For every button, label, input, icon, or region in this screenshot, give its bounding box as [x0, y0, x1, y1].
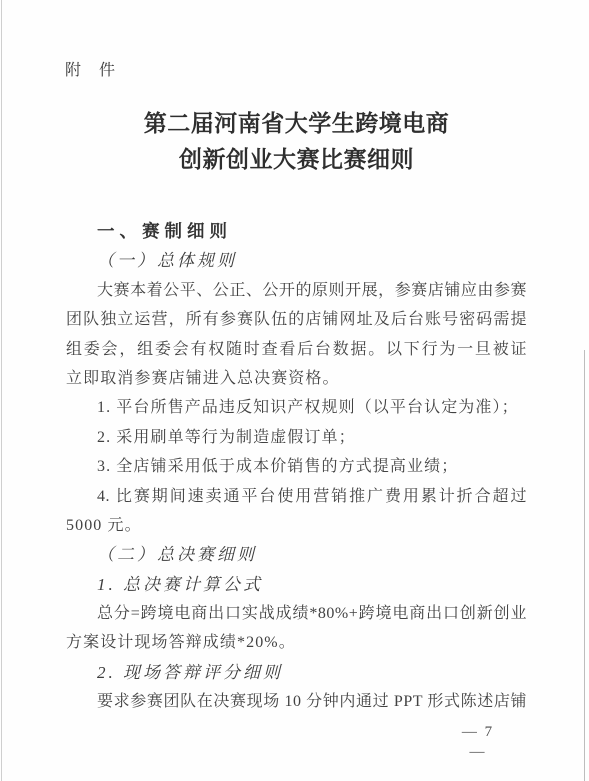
scan-edge-right — [584, 350, 585, 781]
paragraph-line: 要求参赛团队在决赛现场 10 分钟内通过 PPT 形式陈述店铺 — [66, 687, 527, 716]
subheading-finals-formula: 1. 总决赛计算公式 — [66, 570, 527, 599]
paragraph-line: 立即取消参赛店铺进入总决赛资格。 — [66, 364, 527, 393]
list-item-3: 3. 全店铺采用低于成本价销售的方式提高业绩； — [66, 452, 527, 481]
list-item-4-continuation: 5000 元。 — [66, 511, 527, 540]
section-heading-rules: 一、赛制细则 — [66, 217, 527, 246]
document-body: 一、赛制细则 （一）总体规则 大赛本着公平、公正、公开的原则开展，参赛店铺应由参… — [66, 217, 527, 717]
scan-edge-left — [1, 0, 2, 781]
formula-line-continuation: 方案设计现场答辩成绩*20%。 — [66, 628, 527, 657]
page-number: — 7 — — [452, 722, 504, 762]
subsection-general-rules: （一）总体规则 — [66, 246, 527, 275]
paragraph-line: 大赛本着公平、公正、公开的原则开展，参赛店铺应由参赛 — [66, 276, 527, 305]
list-item-1: 1. 平台所售产品违反知识产权规则（以平台认定为准）； — [66, 393, 527, 422]
formula-line: 总分=跨境电商出口实战成绩*80%+跨境电商出口创新创业 — [66, 599, 527, 628]
subheading-defense-scoring: 2. 现场答辩评分细则 — [66, 658, 527, 687]
document-page: 附 件 第二届河南省大学生跨境电商 创新创业大赛比赛细则 一、赛制细则 （一）总… — [0, 0, 589, 781]
paragraph-line: 团队独立运营，所有参赛队伍的店铺网址及后台账号密码需提交 — [66, 305, 527, 334]
attachment-label: 附 件 — [65, 57, 116, 80]
paragraph-line: 组委会，组委会有权随时查看后台数据。以下行为一旦被证实， — [66, 335, 527, 364]
list-item-2: 2. 采用刷单等行为制造虚假订单； — [66, 423, 527, 452]
subsection-finals-rules: （二）总决赛细则 — [66, 540, 527, 569]
document-title-line-1: 第二届河南省大学生跨境电商 — [66, 106, 527, 142]
list-item-4: 4. 比赛期间速卖通平台使用营销推广费用累计折合超过 — [66, 482, 527, 511]
document-title-line-2: 创新创业大赛比赛细则 — [66, 142, 527, 178]
document-title: 第二届河南省大学生跨境电商 创新创业大赛比赛细则 — [66, 106, 527, 178]
